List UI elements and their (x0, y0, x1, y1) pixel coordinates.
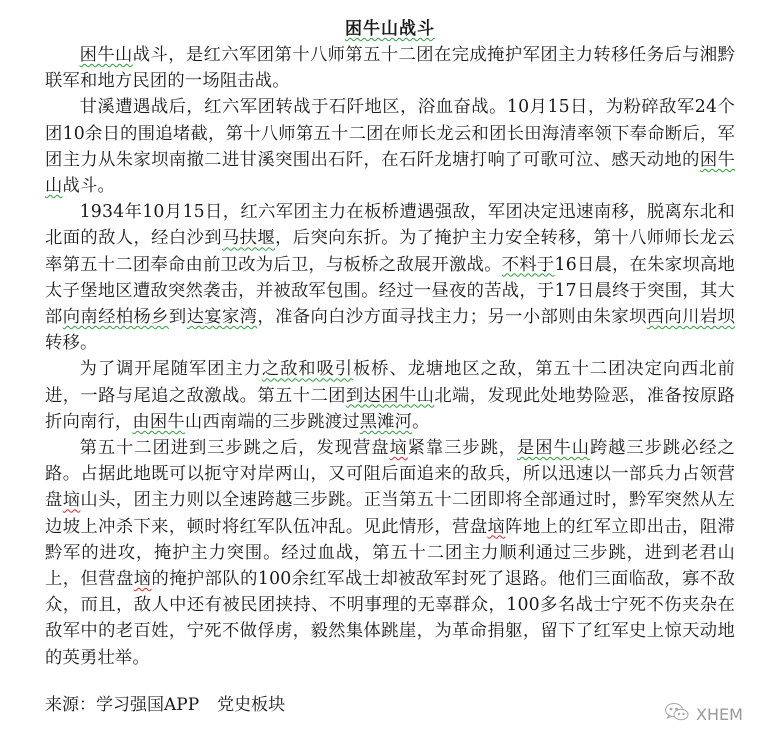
document-body: 困牛山战斗 困牛山战斗，是红六军团第十八师第五十二团在完成掩护军团主力转移任务后… (45, 16, 735, 671)
paragraph-text: 紧靠三步跳， (408, 438, 517, 458)
paragraph-text: 第五十二团进到三步跳之后，发现营盘 (80, 438, 390, 458)
paragraph-text: 到 (169, 307, 187, 327)
spellcheck-marked-text: 困牛山 (80, 45, 133, 65)
paragraph-text: 转移。 (45, 333, 97, 353)
spellcheck-marked-text: 向南经柏杨乡 (63, 307, 169, 327)
source-label: 来源：学习强国APP (45, 695, 199, 715)
paragraph: 第五十二团进到三步跳之后，发现营盘垴紧靠三步跳，是困牛山跨越三步跳必经之路。占据… (45, 435, 735, 671)
paragraph: 1934年10月15日，红六军团主力在板桥遭遇强敌，军团决定迅速南移，脱离东北和… (45, 199, 735, 356)
spellcheck-marked-text: 西向川岩坝 (647, 307, 735, 327)
paragraph: 甘溪遭遇战后，红六军团转战于石阡地区，浴血奋战。10月15日，为粉碎敌军24个团… (45, 94, 735, 199)
source-section: 党史板块 (217, 695, 285, 715)
spellcheck-marked-text: 之敌和吸引 (262, 359, 353, 379)
document-title: 困牛山战斗 (45, 16, 735, 42)
title-text: 困牛山战斗 (345, 19, 435, 39)
source-line: 来源：学习强国APP党史板块 (45, 693, 285, 717)
spellcheck-marked-text: 马扶堰 (222, 228, 275, 248)
paragraph-text: ，准备向白沙方面寻找主力；另一小部则由朱家坝 (257, 307, 646, 327)
paragraph-text: 战斗，是红六军团第十八师第五十二团在完成掩护军团主力转移任务后与湘黔联军和地方民… (45, 45, 735, 91)
spellcheck-marked-text: 垴 (63, 490, 81, 510)
paragraph: 为了调开尾随军团主力之敌和吸引板桥、龙塘地区之敌，第五十二团决定向西北前进，一路… (45, 356, 735, 435)
paragraph: 困牛山战斗，是红六军团第十八师第五十二团在完成掩护军团主力转移任务后与湘黔联军和… (45, 42, 735, 94)
paragraphs: 困牛山战斗，是红六军团第十八师第五十二团在完成掩护军团主力转移任务后与湘黔联军和… (45, 42, 735, 671)
watermark-text: XHEM (696, 705, 743, 724)
spellcheck-marked-text: 不料于 (502, 255, 555, 275)
spellcheck-marked-text: 垴 (487, 517, 505, 537)
paragraph-text: 甘溪遭遇战后，红六军团转战于石阡地区，浴血奋战。10月15日，为粉碎敌军24个团… (45, 97, 735, 169)
spellcheck-marked-text: 达宴家湾 (187, 307, 258, 327)
spellcheck-marked-text: 到达困牛山 (346, 386, 435, 406)
spellcheck-marked-text: 垴 (389, 438, 407, 458)
wechat-icon (664, 702, 690, 726)
paragraph-text: 为了调开尾随军团主力 (80, 359, 262, 379)
spellcheck-marked-text: 垴 (134, 569, 152, 589)
spellcheck-marked-text: 是困牛山 (517, 438, 590, 458)
spellcheck-marked-text: 由困牛 (132, 412, 184, 432)
spellcheck-marked-text: 黑滩河 (360, 412, 412, 432)
watermark: XHEM (664, 702, 743, 726)
paragraph-text: 战斗。 (62, 176, 114, 196)
paragraph-text: 山西南端的三步跳渡过 (185, 412, 360, 432)
paragraph-text: 。 (412, 412, 429, 432)
